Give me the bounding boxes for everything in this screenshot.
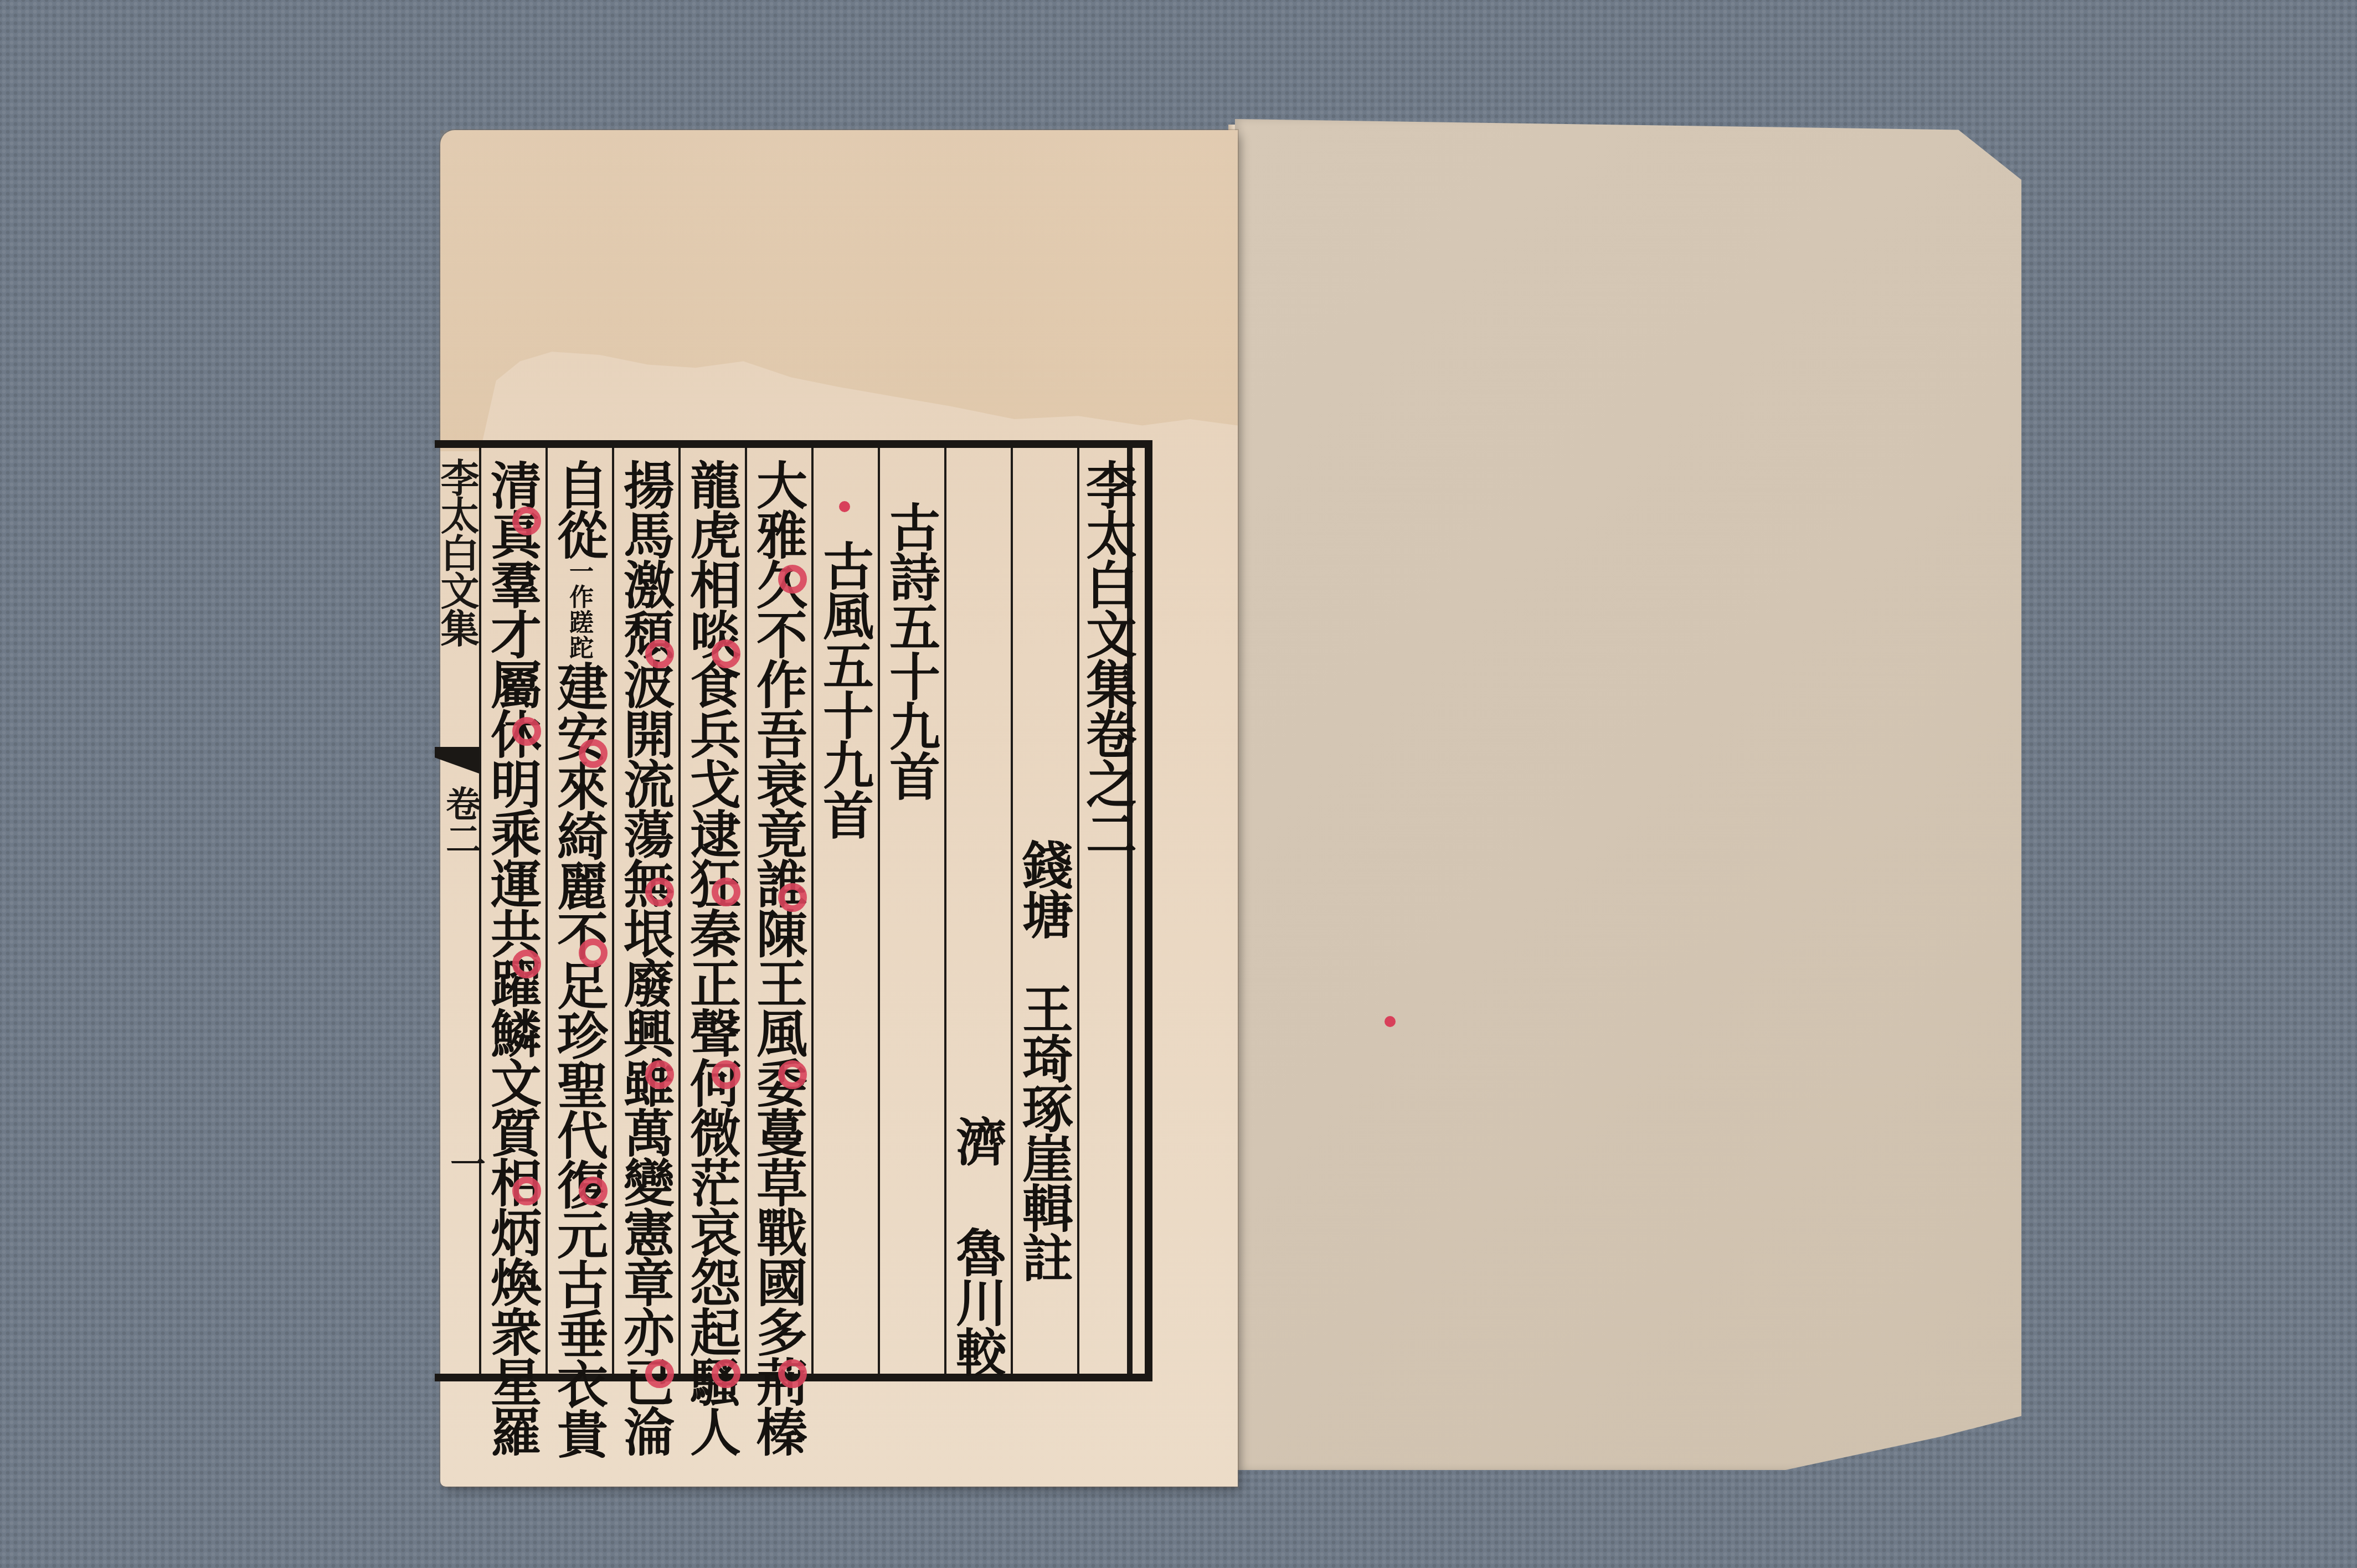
red-punctuation-circle: [512, 950, 541, 978]
red-punctuation-circle: [712, 1060, 740, 1089]
red-punctuation-circle: [778, 883, 807, 912]
banxin-title: 李太白文集: [435, 458, 479, 646]
red-punctuation-circle: [778, 1060, 807, 1089]
column-rule: [1011, 448, 1013, 1374]
column-rule: [612, 448, 614, 1374]
red-punctuation-circle: [579, 938, 608, 967]
red-punctuation-circle: [712, 639, 740, 668]
printed-text-block: 李太白文集 卷二 一 大雅久不作吾衰竟誰陳王風委蔓草戰國多荊榛 龍虎相啖食兵戈逮…: [440, 440, 1155, 1514]
red-punctuation-circle: [579, 739, 608, 768]
red-punctuation-circle: [645, 878, 674, 906]
compiler-name: 王琦琢崖輯註: [1013, 983, 1074, 1282]
red-punctuation-circle: [778, 1359, 807, 1388]
banxin-volume: 卷二: [435, 786, 486, 857]
collator-place: 濟: [947, 1116, 1008, 1165]
poem-column-3: 揚馬激頹波開流蕩無垠廢興雖萬變憲章亦已淪: [615, 459, 676, 1456]
poem-column-2: 龍虎相啖食兵戈逮狂秦正聲何微茫哀怨起騷人: [681, 459, 742, 1456]
column-rule: [545, 448, 548, 1374]
water-stain: [440, 130, 1238, 451]
section-heading: 古詩五十九首: [881, 501, 941, 800]
block-center-column: 李太白文集 卷二 一: [435, 448, 485, 1374]
red-punctuation-circle: [645, 1060, 674, 1089]
red-punctuation-circle: [512, 717, 541, 746]
compiler-place: 錢塘: [1013, 839, 1074, 938]
red-punctuation-circle: [645, 1359, 674, 1388]
column-rule: [811, 448, 814, 1374]
red-ink-dot: [839, 501, 850, 512]
poem-column-1: 大雅久不作吾衰竟誰陳王風委蔓草戰國多荊榛: [748, 459, 809, 1456]
column-rule: [944, 448, 946, 1374]
column-rule: [878, 448, 880, 1374]
red-punctuation-circle: [579, 1177, 608, 1205]
red-punctuation-circle: [712, 1359, 740, 1388]
double-line-annotation: 一作蹉跎: [565, 559, 592, 661]
column-rule: [745, 448, 747, 1374]
red-punctuation-circle: [512, 507, 541, 535]
fishtail-mark-icon: [435, 747, 479, 773]
right-blank-page: [1235, 119, 2021, 1470]
red-punctuation-circle: [778, 565, 807, 594]
red-punctuation-circle: [645, 639, 674, 668]
column-rule: [678, 448, 681, 1374]
red-punctuation-circle: [712, 878, 740, 906]
left-printed-page: 李太白文集 卷二 一 大雅久不作吾衰竟誰陳王風委蔓草戰國多荊榛 龍虎相啖食兵戈逮…: [440, 130, 1238, 1487]
red-punctuation-circle: [512, 1177, 541, 1205]
volume-title: 李太白文集卷之二: [1077, 459, 1138, 858]
subheading: 古風五十九首: [814, 540, 875, 839]
column-4-text-after: 建安來綺麗不足珍聖代復元古垂衣貴: [549, 661, 609, 1458]
column-4-text-before: 自從: [549, 459, 609, 559]
red-ink-dot: [1385, 1016, 1396, 1027]
collator-name: 魯川較: [947, 1226, 1008, 1376]
